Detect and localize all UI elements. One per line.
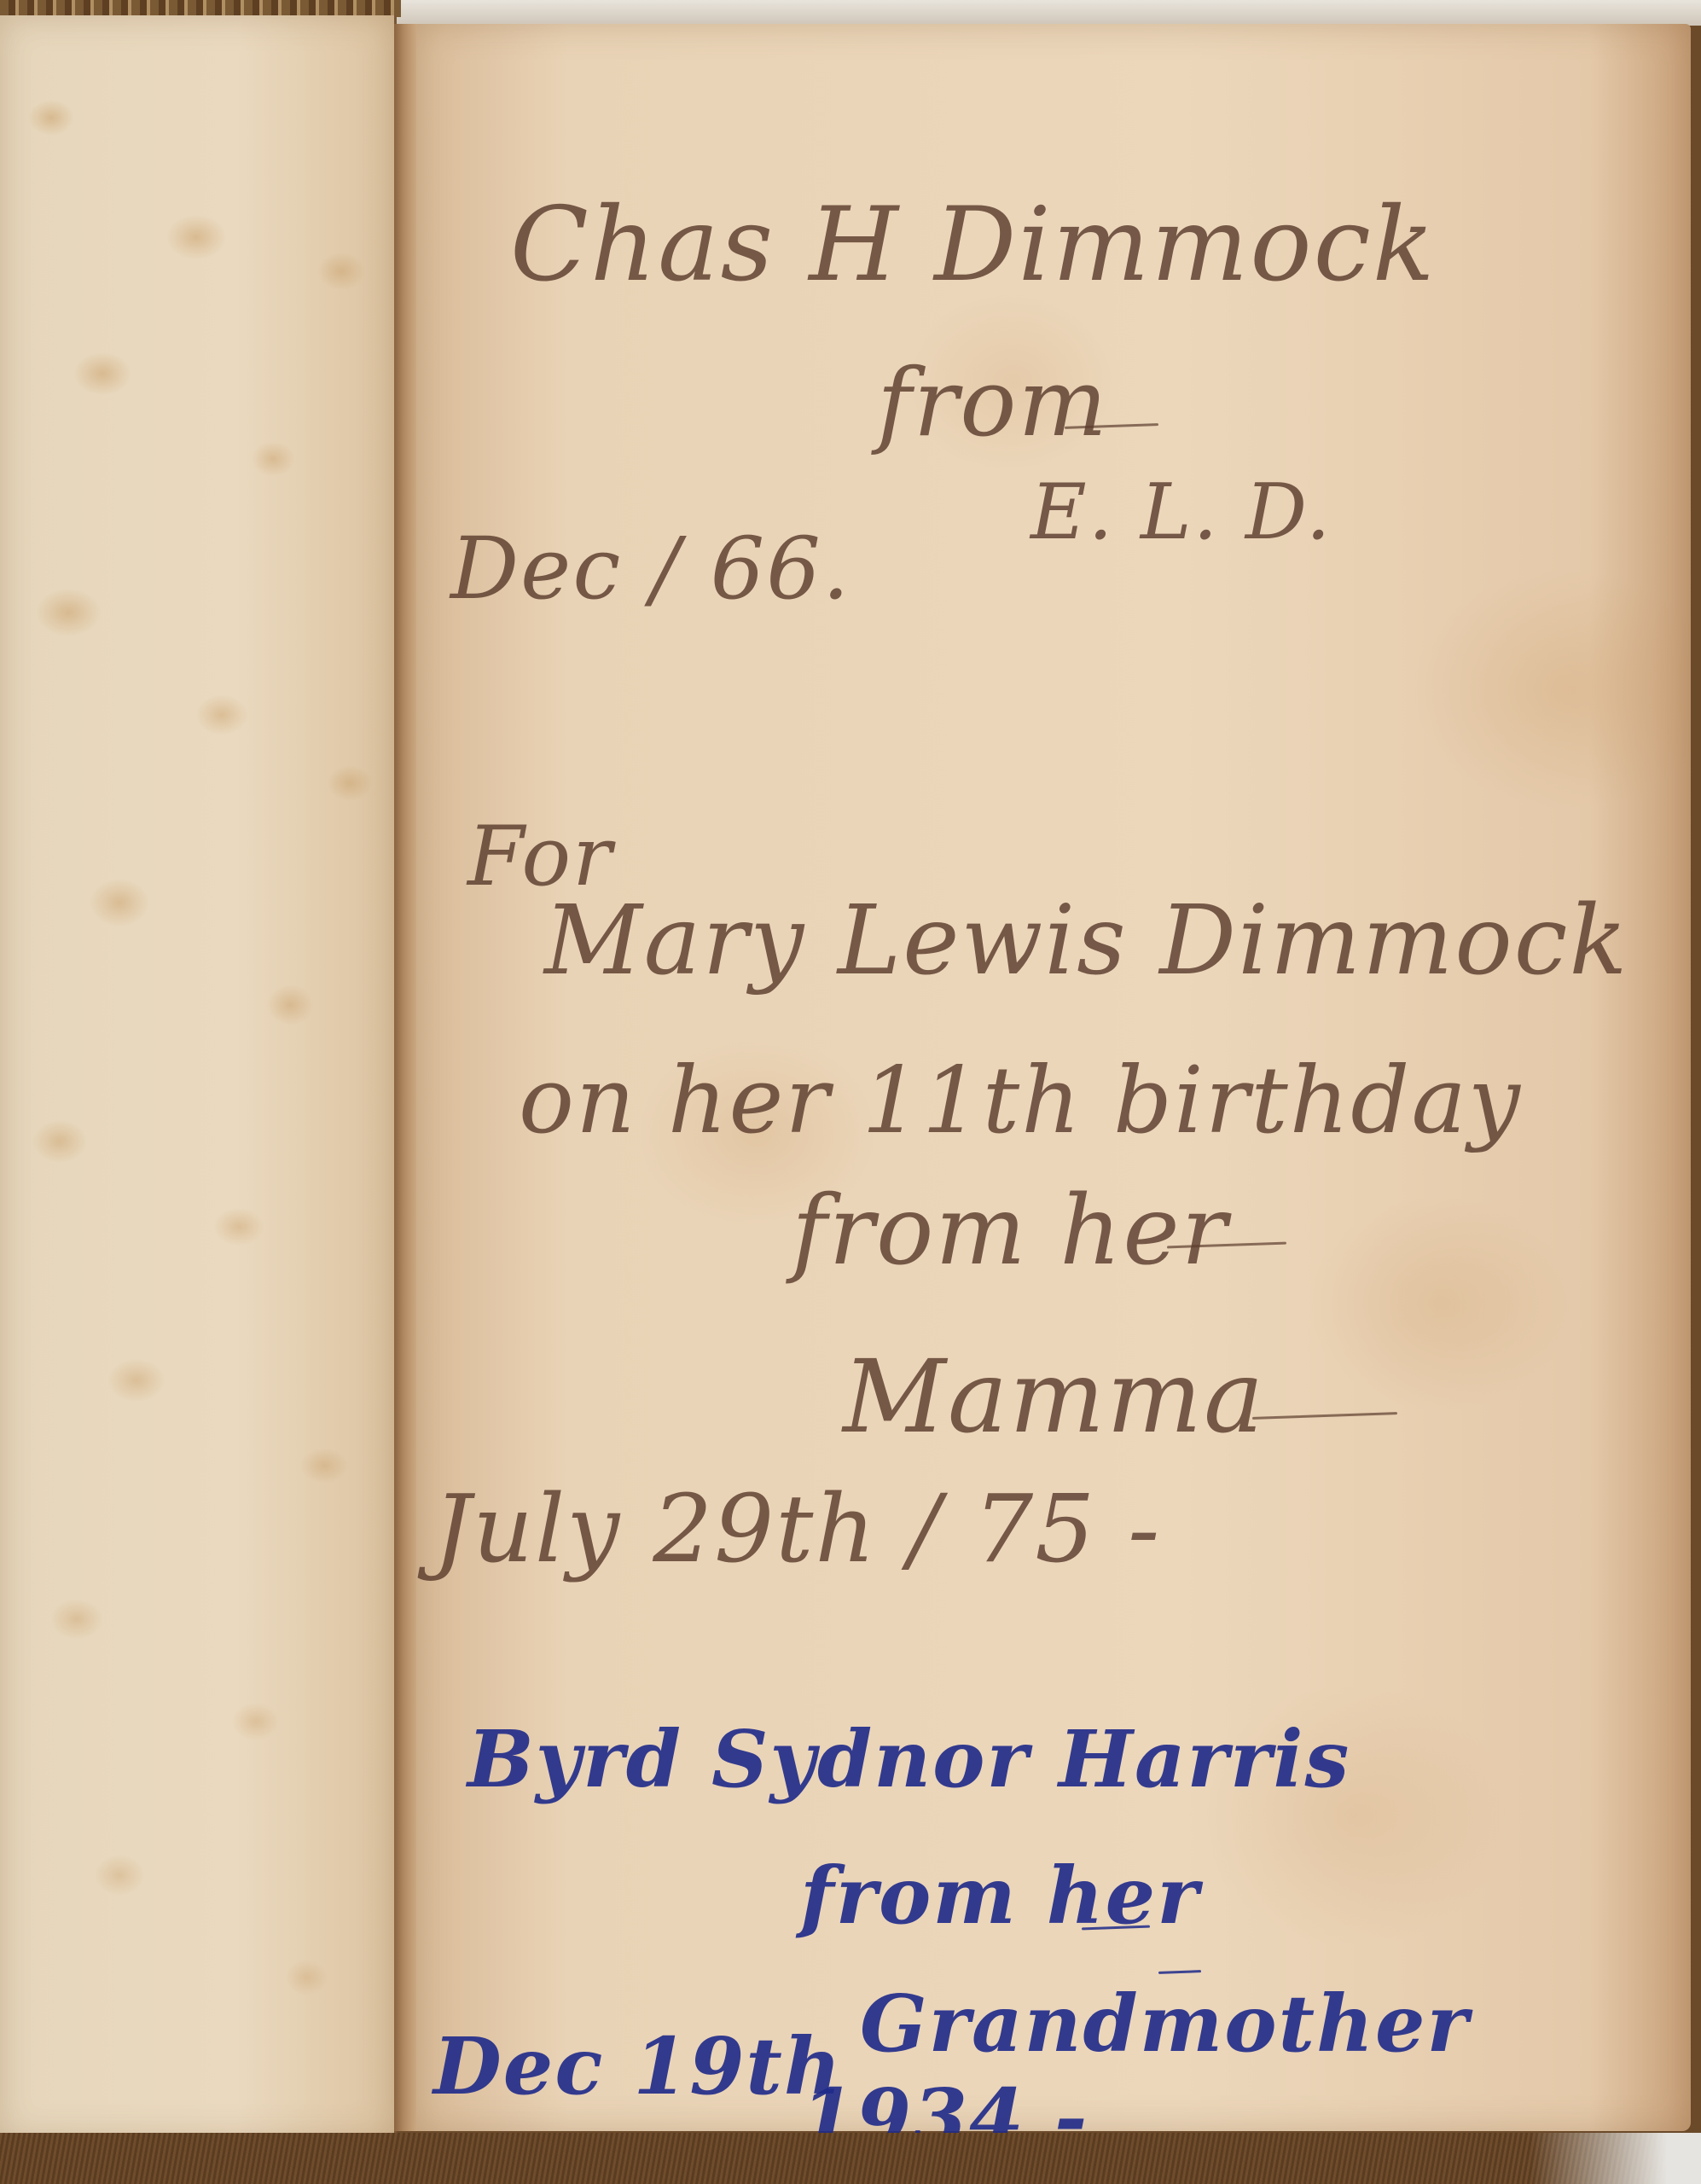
inscription-mamma: Mamma xyxy=(843,1338,1265,1455)
inscription-date-1875: July 29th / 75 - xyxy=(433,1474,1161,1583)
inscription-from: from xyxy=(877,348,1109,457)
book-cover-edge xyxy=(0,0,401,17)
cloth-corner xyxy=(1530,2133,1701,2184)
inscription-owner-name: Chas H Dimmock xyxy=(510,186,1437,305)
flourish xyxy=(1252,1412,1397,1420)
right-flyleaf: Chas H Dimmock from E. L. D. Dec / 66. F… xyxy=(416,24,1691,2131)
flourish xyxy=(1158,1970,1201,1974)
inscription-recipient-byrd: Byrd Sydnor Harris xyxy=(467,1713,1350,1805)
inscription-from-her-1: from her xyxy=(792,1176,1228,1287)
inscription-recipient-mary: Mary Lewis Dimmock xyxy=(544,886,1628,996)
inscription-date-day-1934: Dec 19th xyxy=(433,2020,843,2112)
left-endpaper xyxy=(0,15,397,2140)
inscription-birthday-line: on her 11th birthday xyxy=(519,1048,1522,1154)
inscription-grandmother: Grandmother xyxy=(860,1978,1470,2070)
backdrop-bottom xyxy=(0,2133,1701,2184)
inscription-initials: E. L. D. xyxy=(1030,468,1332,557)
inscription-date-1866: Dec / 66. xyxy=(450,519,851,619)
